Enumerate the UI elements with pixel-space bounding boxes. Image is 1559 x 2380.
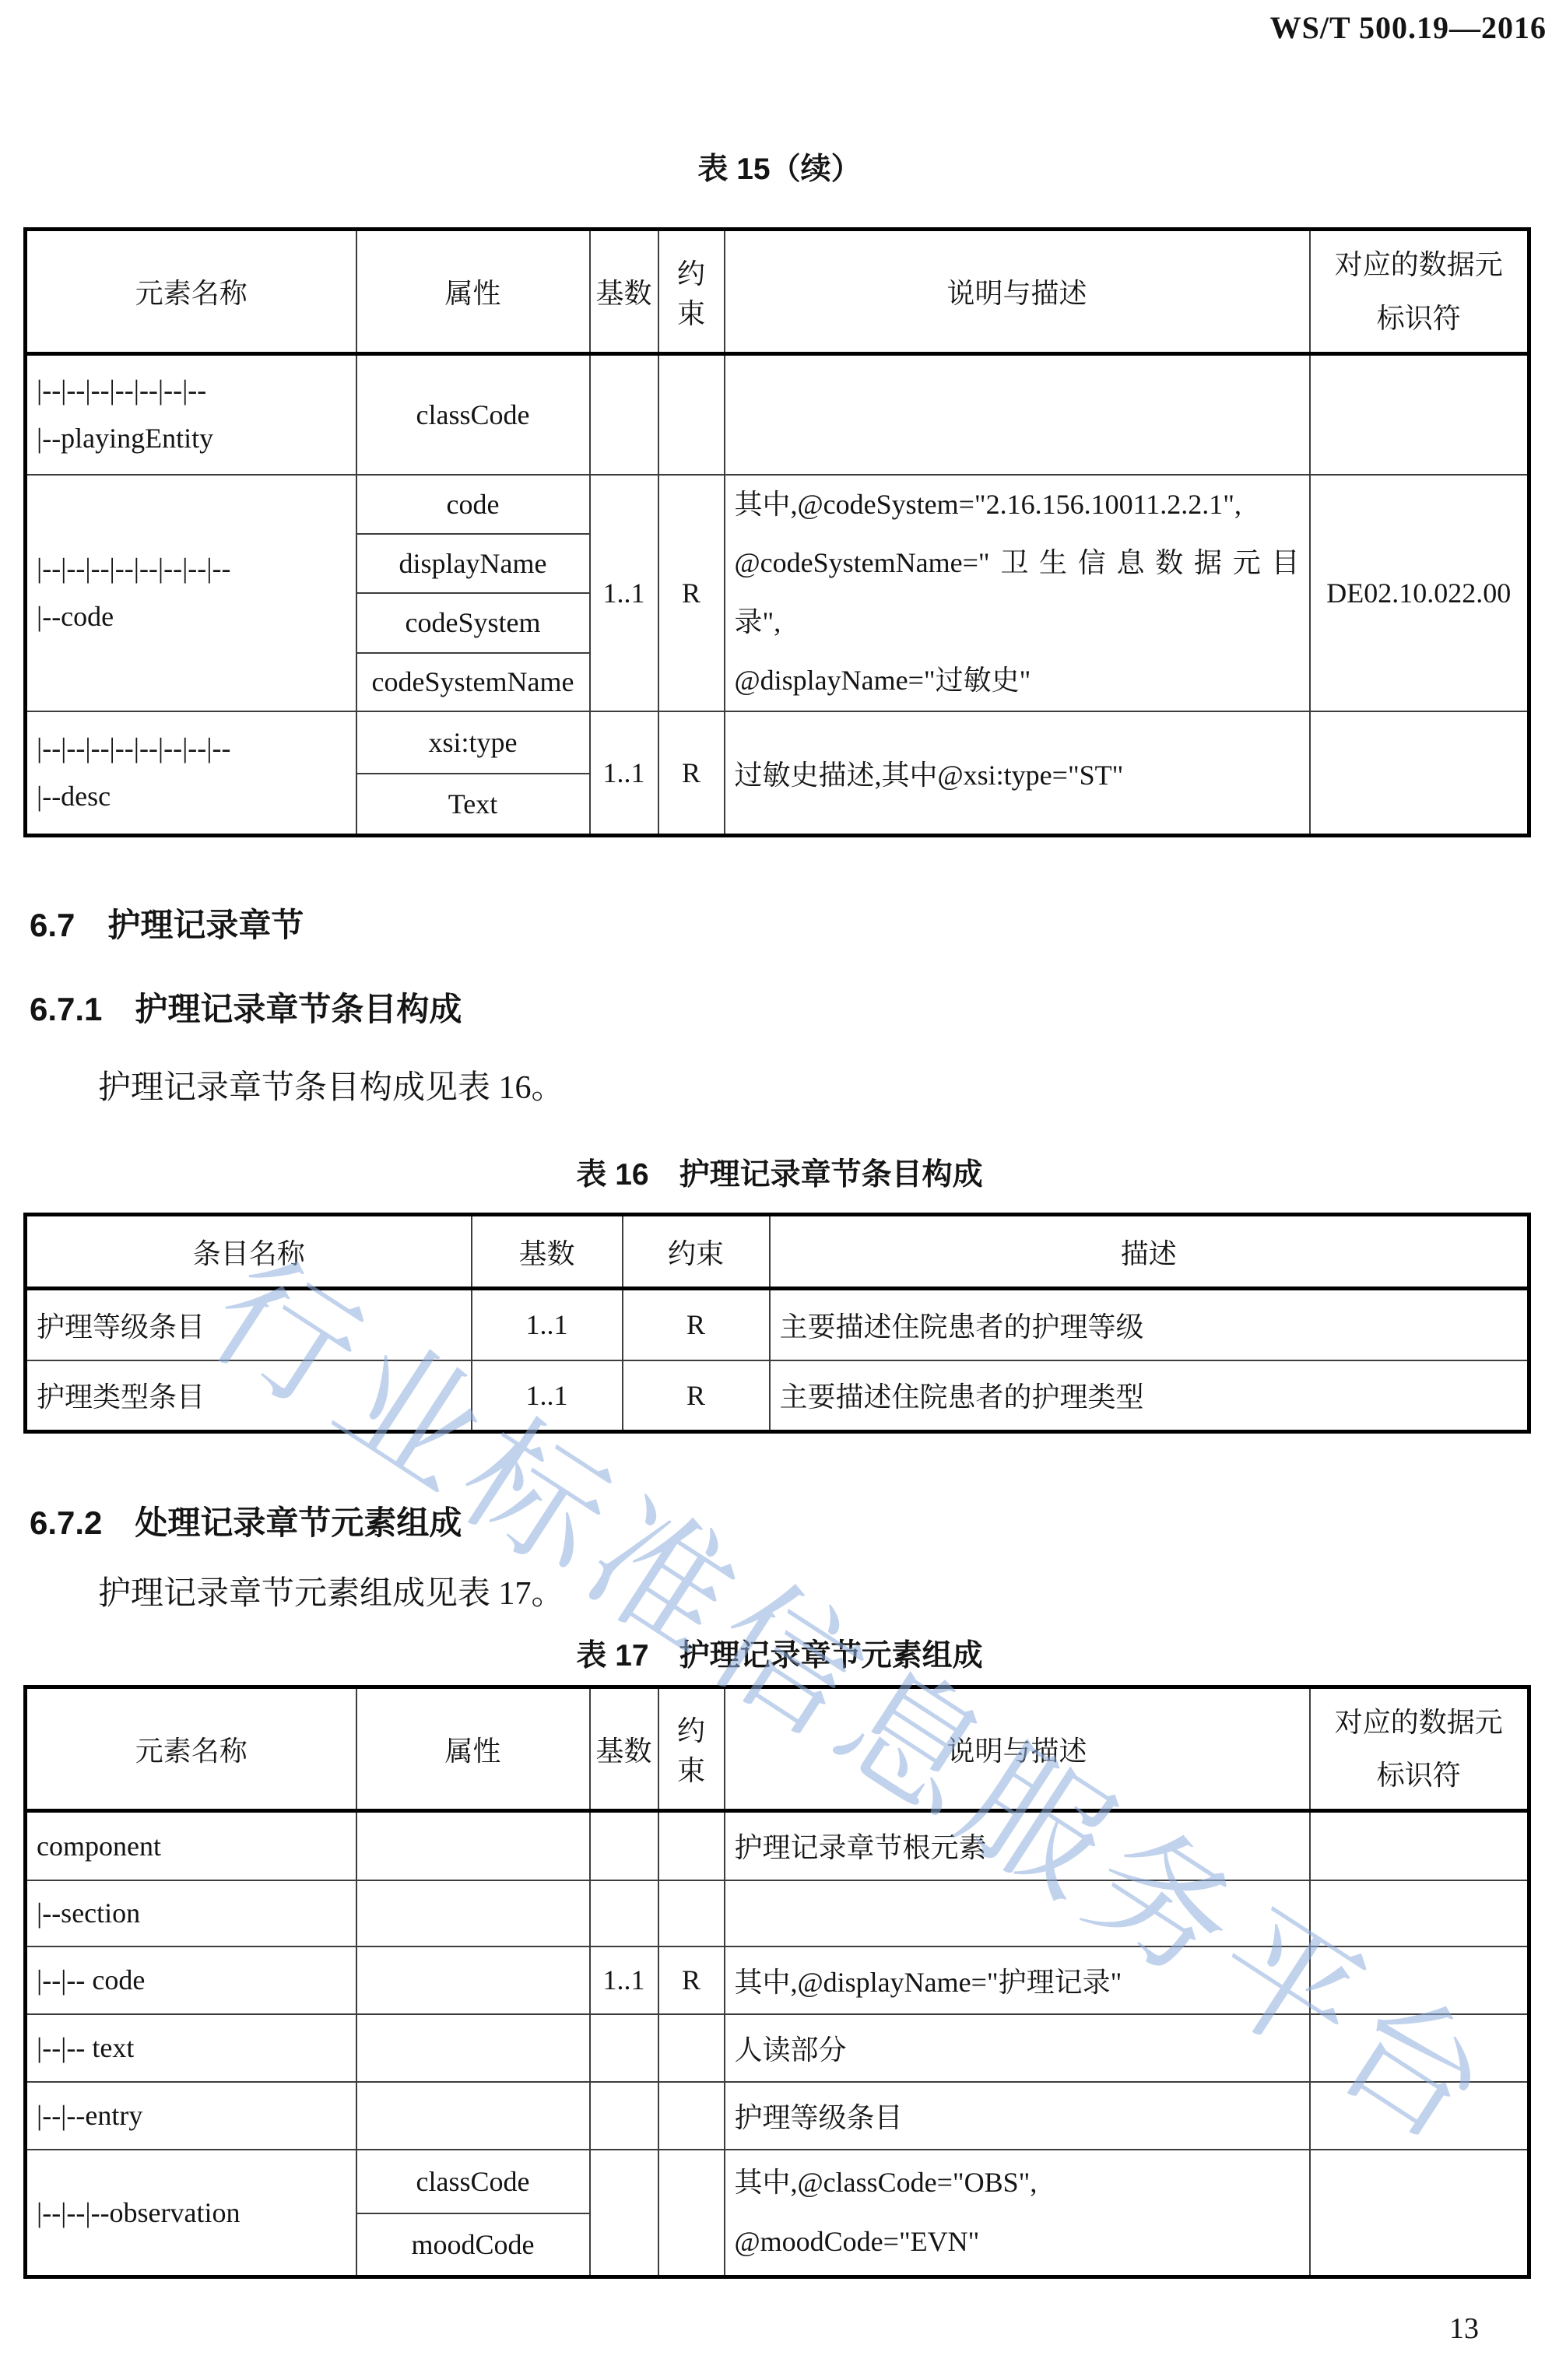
table-15: 元素名称 属性 基数 约束 说明与描述 对应的数据元 标识符 |--|--|--… (23, 227, 1531, 837)
t17-r0-name: component (26, 1811, 356, 1880)
t15-r1-attr-0: code (356, 475, 590, 534)
table16-caption: 表 16 护理记录章节条目构成 (0, 1150, 1559, 1194)
t15-r0-description (725, 354, 1310, 475)
t17-r4-cardinality (590, 2082, 658, 2150)
t15-header-constraint: 约束 (658, 230, 725, 354)
table-row: |--|--entry 护理等级条目 (26, 2082, 1529, 2150)
t16-header-constraint: 约束 (623, 1215, 770, 1289)
t17-r5-data-element (1310, 2150, 1529, 2277)
table-17: 元素名称 属性 基数 约束 说明与描述 对应的数据元 标识符 component… (23, 1685, 1531, 2279)
table-row: |--|--|--observation classCode 其中,@class… (26, 2150, 1529, 2213)
t17-header-data-element-line2: 标识符 (1315, 1749, 1523, 1802)
t17-r2-description: 其中,@displayName="护理记录" (725, 1946, 1310, 2014)
paragraph-6-7-1: 护理记录章节条目构成见表 16。 (98, 1062, 564, 1108)
t15-r1-data-element: DE02.10.022.00 (1310, 475, 1529, 711)
t17-r2-name: |--|-- code (26, 1946, 356, 2014)
t17-header-cardinality: 基数 (590, 1687, 658, 1811)
t15-r1-name: |--|--|--|--|--|--|--|-- |--code (26, 475, 356, 711)
description-line: @codeSystemName="卫生信息数据元目 (735, 534, 1300, 593)
t15-header-name: 元素名称 (26, 230, 356, 354)
t17-r3-cardinality (590, 2014, 658, 2082)
t15-header-data-element: 对应的数据元 标识符 (1310, 230, 1529, 354)
table-row: |--section (26, 1880, 1529, 1946)
document-page: WS/T 500.19—2016 行业标准信息服务平台 表 15（续） 元素名称… (0, 0, 1559, 2380)
t15-header-data-element-line2: 标识符 (1315, 292, 1523, 345)
t17-r4-name: |--|--entry (26, 2082, 356, 2150)
t16-r1-constraint: R (623, 1360, 770, 1432)
t15-r0-attr: classCode (356, 354, 590, 475)
t17-header-constraint: 约束 (658, 1687, 725, 1811)
t15-header-data-element-line1: 对应的数据元 (1315, 238, 1523, 291)
t15-r2-attr-0: xsi:type (356, 711, 590, 774)
t17-header-attr: 属性 (356, 1687, 590, 1811)
t15-header-attr: 属性 (356, 230, 590, 354)
section-heading-6-7-1: 6.7.1 护理记录章节条目构成 (30, 984, 462, 1030)
t17-r5-name: |--|--|--observation (26, 2150, 356, 2277)
paragraph-6-7-2: 护理记录章节元素组成见表 17。 (98, 1567, 564, 1614)
element-name: |--playingEntity (37, 415, 346, 463)
description-line: 其中,@classCode="OBS", (735, 2154, 1300, 2213)
t16-header-cardinality: 基数 (472, 1215, 623, 1289)
t16-r0-constraint: R (623, 1289, 770, 1360)
t17-r5-attr-1: moodCode (356, 2213, 590, 2277)
t17-r4-description: 护理等级条目 (725, 2082, 1310, 2150)
t17-r1-description (725, 1880, 1310, 1946)
t17-r1-constraint (658, 1880, 725, 1946)
table-row: 护理类型条目 1..1 R 主要描述住院患者的护理类型 (26, 1360, 1529, 1432)
t17-r1-attr (356, 1880, 590, 1946)
element-path: |--|--|--|--|--|--|--|-- (37, 725, 346, 773)
t17-r3-constraint (658, 2014, 725, 2082)
t17-r3-description: 人读部分 (725, 2014, 1310, 2082)
t17-r2-constraint: R (658, 1946, 725, 2014)
t17-r0-description: 护理记录章节根元素 (725, 1811, 1310, 1880)
table17-caption: 表 17 护理记录章节元素组成 (0, 1631, 1559, 1675)
t15-r0-data-element (1310, 354, 1529, 475)
t16-header-name: 条目名称 (26, 1215, 472, 1289)
t17-r3-data-element (1310, 2014, 1529, 2082)
t17-r1-cardinality (590, 1880, 658, 1946)
description-line: 其中,@codeSystem="2.16.156.10011.2.2.1", (735, 476, 1300, 535)
t16-header-description: 描述 (770, 1215, 1529, 1289)
t15-r2-name: |--|--|--|--|--|--|--|-- |--desc (26, 711, 356, 836)
t17-r1-data-element (1310, 1880, 1529, 1946)
t15-r0-cardinality (590, 354, 658, 475)
t15-r1-attr-3: codeSystemName (356, 653, 590, 711)
t17-r1-name: |--section (26, 1880, 356, 1946)
t15-header-cardinality: 基数 (590, 230, 658, 354)
t17-r3-name: |--|-- text (26, 2014, 356, 2082)
table-row: |--|--|--|--|--|--|-- |--playingEntity c… (26, 354, 1529, 475)
t16-r0-description: 主要描述住院患者的护理等级 (770, 1289, 1529, 1360)
t15-r0-constraint (658, 354, 725, 475)
t17-r4-attr (356, 2082, 590, 2150)
description-line: @displayName="过敏史" (735, 651, 1300, 711)
t15-r2-description: 过敏史描述,其中@xsi:type="ST" (725, 711, 1310, 836)
table-row: component 护理记录章节根元素 (26, 1811, 1529, 1880)
t16-r1-description: 主要描述住院患者的护理类型 (770, 1360, 1529, 1432)
element-name: |--code (37, 593, 346, 641)
section-heading-6-7: 6.7 护理记录章节 (30, 900, 304, 946)
t17-header-description: 说明与描述 (725, 1687, 1310, 1811)
t15-r1-cardinality: 1..1 (590, 475, 658, 711)
t15-r2-cardinality: 1..1 (590, 711, 658, 836)
table-row: |--|-- text 人读部分 (26, 2014, 1529, 2082)
t17-r5-cardinality (590, 2150, 658, 2277)
t17-r0-constraint (658, 1811, 725, 1880)
t17-r2-cardinality: 1..1 (590, 1946, 658, 2014)
table-row: 护理等级条目 1..1 R 主要描述住院患者的护理等级 (26, 1289, 1529, 1360)
t16-r0-name: 护理等级条目 (26, 1289, 472, 1360)
t17-header-data-element-line1: 对应的数据元 (1315, 1696, 1523, 1749)
description-line: 录", (735, 593, 1300, 652)
table-row: |--|--|--|--|--|--|--|-- |--desc xsi:typ… (26, 711, 1529, 774)
t17-r5-attr-0: classCode (356, 2150, 590, 2213)
t16-r1-cardinality: 1..1 (472, 1360, 623, 1432)
t17-r2-attr (356, 1946, 590, 2014)
description-line: @moodCode="EVN" (735, 2213, 1300, 2272)
t16-r1-name: 护理类型条目 (26, 1360, 472, 1432)
element-path: |--|--|--|--|--|--|--|-- (37, 545, 346, 593)
t17-r4-data-element (1310, 2082, 1529, 2150)
section-heading-6-7-2: 6.7.2 处理记录章节元素组成 (30, 1497, 462, 1544)
t15-r1-attr-2: codeSystem (356, 593, 590, 652)
t17-r4-constraint (658, 2082, 725, 2150)
table-16: 条目名称 基数 约束 描述 护理等级条目 1..1 R 主要描述住院患者的护理等… (23, 1213, 1531, 1434)
t15-r2-attr-1: Text (356, 774, 590, 836)
table-row: |--|-- code 1..1 R 其中,@displayName="护理记录… (26, 1946, 1529, 2014)
t17-r5-constraint (658, 2150, 725, 2277)
page-number: 13 (1449, 2312, 1479, 2346)
t17-header-data-element: 对应的数据元 标识符 (1310, 1687, 1529, 1811)
t17-r3-attr (356, 2014, 590, 2082)
t15-r1-constraint: R (658, 475, 725, 711)
t15-r1-description: 其中,@codeSystem="2.16.156.10011.2.2.1", @… (725, 475, 1310, 711)
t15-r1-attr-1: displayName (356, 534, 590, 593)
t17-r0-cardinality (590, 1811, 658, 1880)
t15-r2-data-element (1310, 711, 1529, 836)
t17-header-name: 元素名称 (26, 1687, 356, 1811)
t15-header-description: 说明与描述 (725, 230, 1310, 354)
t17-r5-description: 其中,@classCode="OBS", @moodCode="EVN" (725, 2150, 1310, 2277)
table15-caption: 表 15（续） (0, 145, 1559, 188)
t16-r0-cardinality: 1..1 (472, 1289, 623, 1360)
t17-r2-data-element (1310, 1946, 1529, 2014)
doc-code: WS/T 500.19—2016 (1270, 9, 1547, 46)
table-row: |--|--|--|--|--|--|--|-- |--code code 1.… (26, 475, 1529, 534)
t15-r2-constraint: R (658, 711, 725, 836)
t17-r0-data-element (1310, 1811, 1529, 1880)
element-name: |--desc (37, 773, 346, 821)
t17-r0-attr (356, 1811, 590, 1880)
t15-r0-name: |--|--|--|--|--|--|-- |--playingEntity (26, 354, 356, 475)
element-path: |--|--|--|--|--|--|-- (37, 367, 346, 415)
